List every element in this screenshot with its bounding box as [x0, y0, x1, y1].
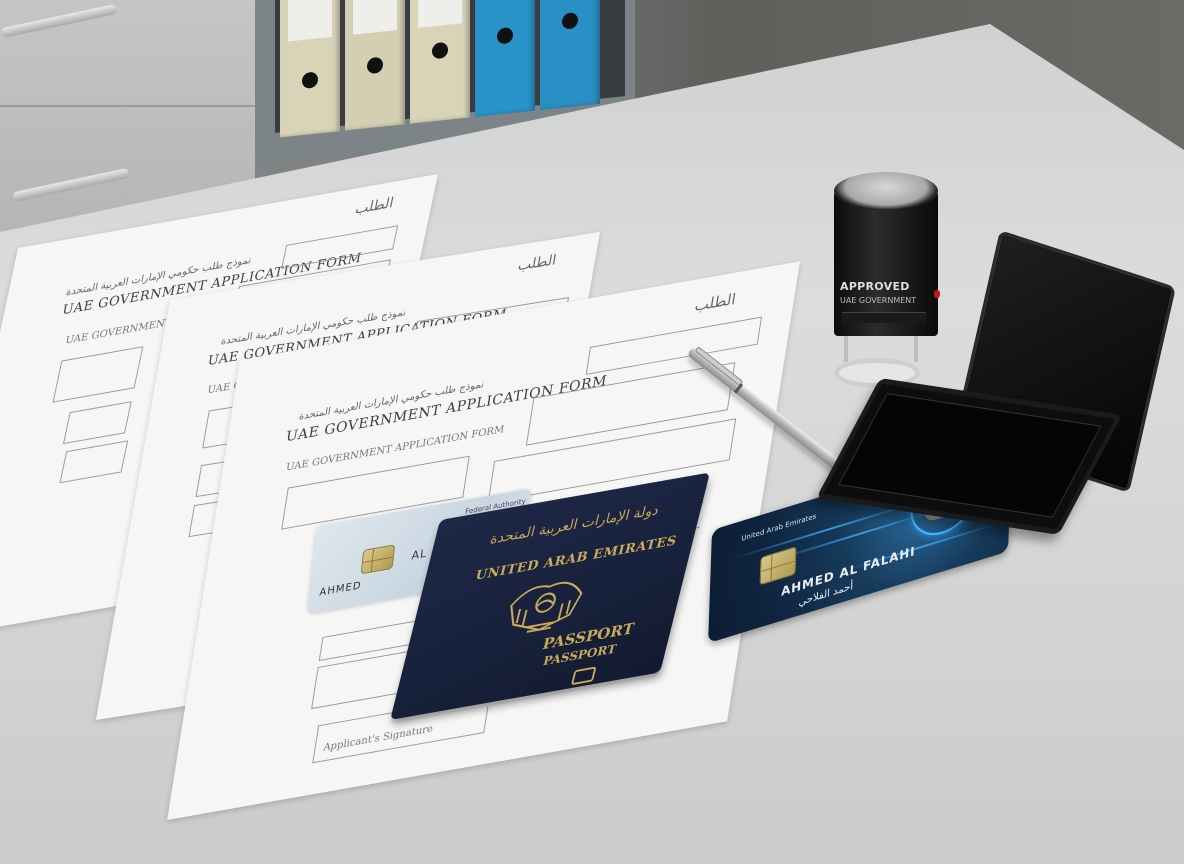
epassport-chip-icon — [571, 666, 597, 685]
chip-icon — [361, 544, 396, 574]
form-field[interactable] — [63, 401, 132, 444]
pen-band — [734, 383, 743, 394]
binder-blue — [475, 0, 535, 117]
stamp-indicator-icon — [934, 290, 940, 298]
form-field[interactable] — [59, 440, 128, 483]
chip-icon — [760, 546, 797, 585]
drawer-handle — [12, 168, 130, 202]
form-arabic-header: الطلب — [517, 252, 558, 274]
id-issuer: United Arab Emirates — [741, 512, 816, 543]
binder-blue — [540, 0, 600, 110]
form-field[interactable] — [53, 346, 144, 402]
binder-beige — [345, 0, 405, 131]
drawer-divider — [0, 105, 255, 107]
self-inking-stamp[interactable]: APPROVED UAE GOVERNMENT — [830, 172, 942, 388]
drawer-handle — [0, 4, 118, 38]
stamp-pad — [842, 312, 926, 323]
id-first-name: AHMED — [319, 580, 362, 599]
form-arabic-header: الطلب — [694, 290, 738, 315]
binder-beige — [280, 0, 340, 137]
form-field[interactable] — [586, 317, 762, 375]
stamp-sublabel: UAE GOVERNMENT — [840, 296, 916, 305]
stamp-cap — [834, 172, 938, 210]
binder-beige — [410, 0, 470, 124]
form-arabic-header: الطلب — [354, 195, 395, 218]
stamp-label: APPROVED — [840, 280, 910, 293]
ink-pad-surface — [838, 393, 1102, 518]
signature-label: Applicant's Signature — [322, 723, 433, 753]
